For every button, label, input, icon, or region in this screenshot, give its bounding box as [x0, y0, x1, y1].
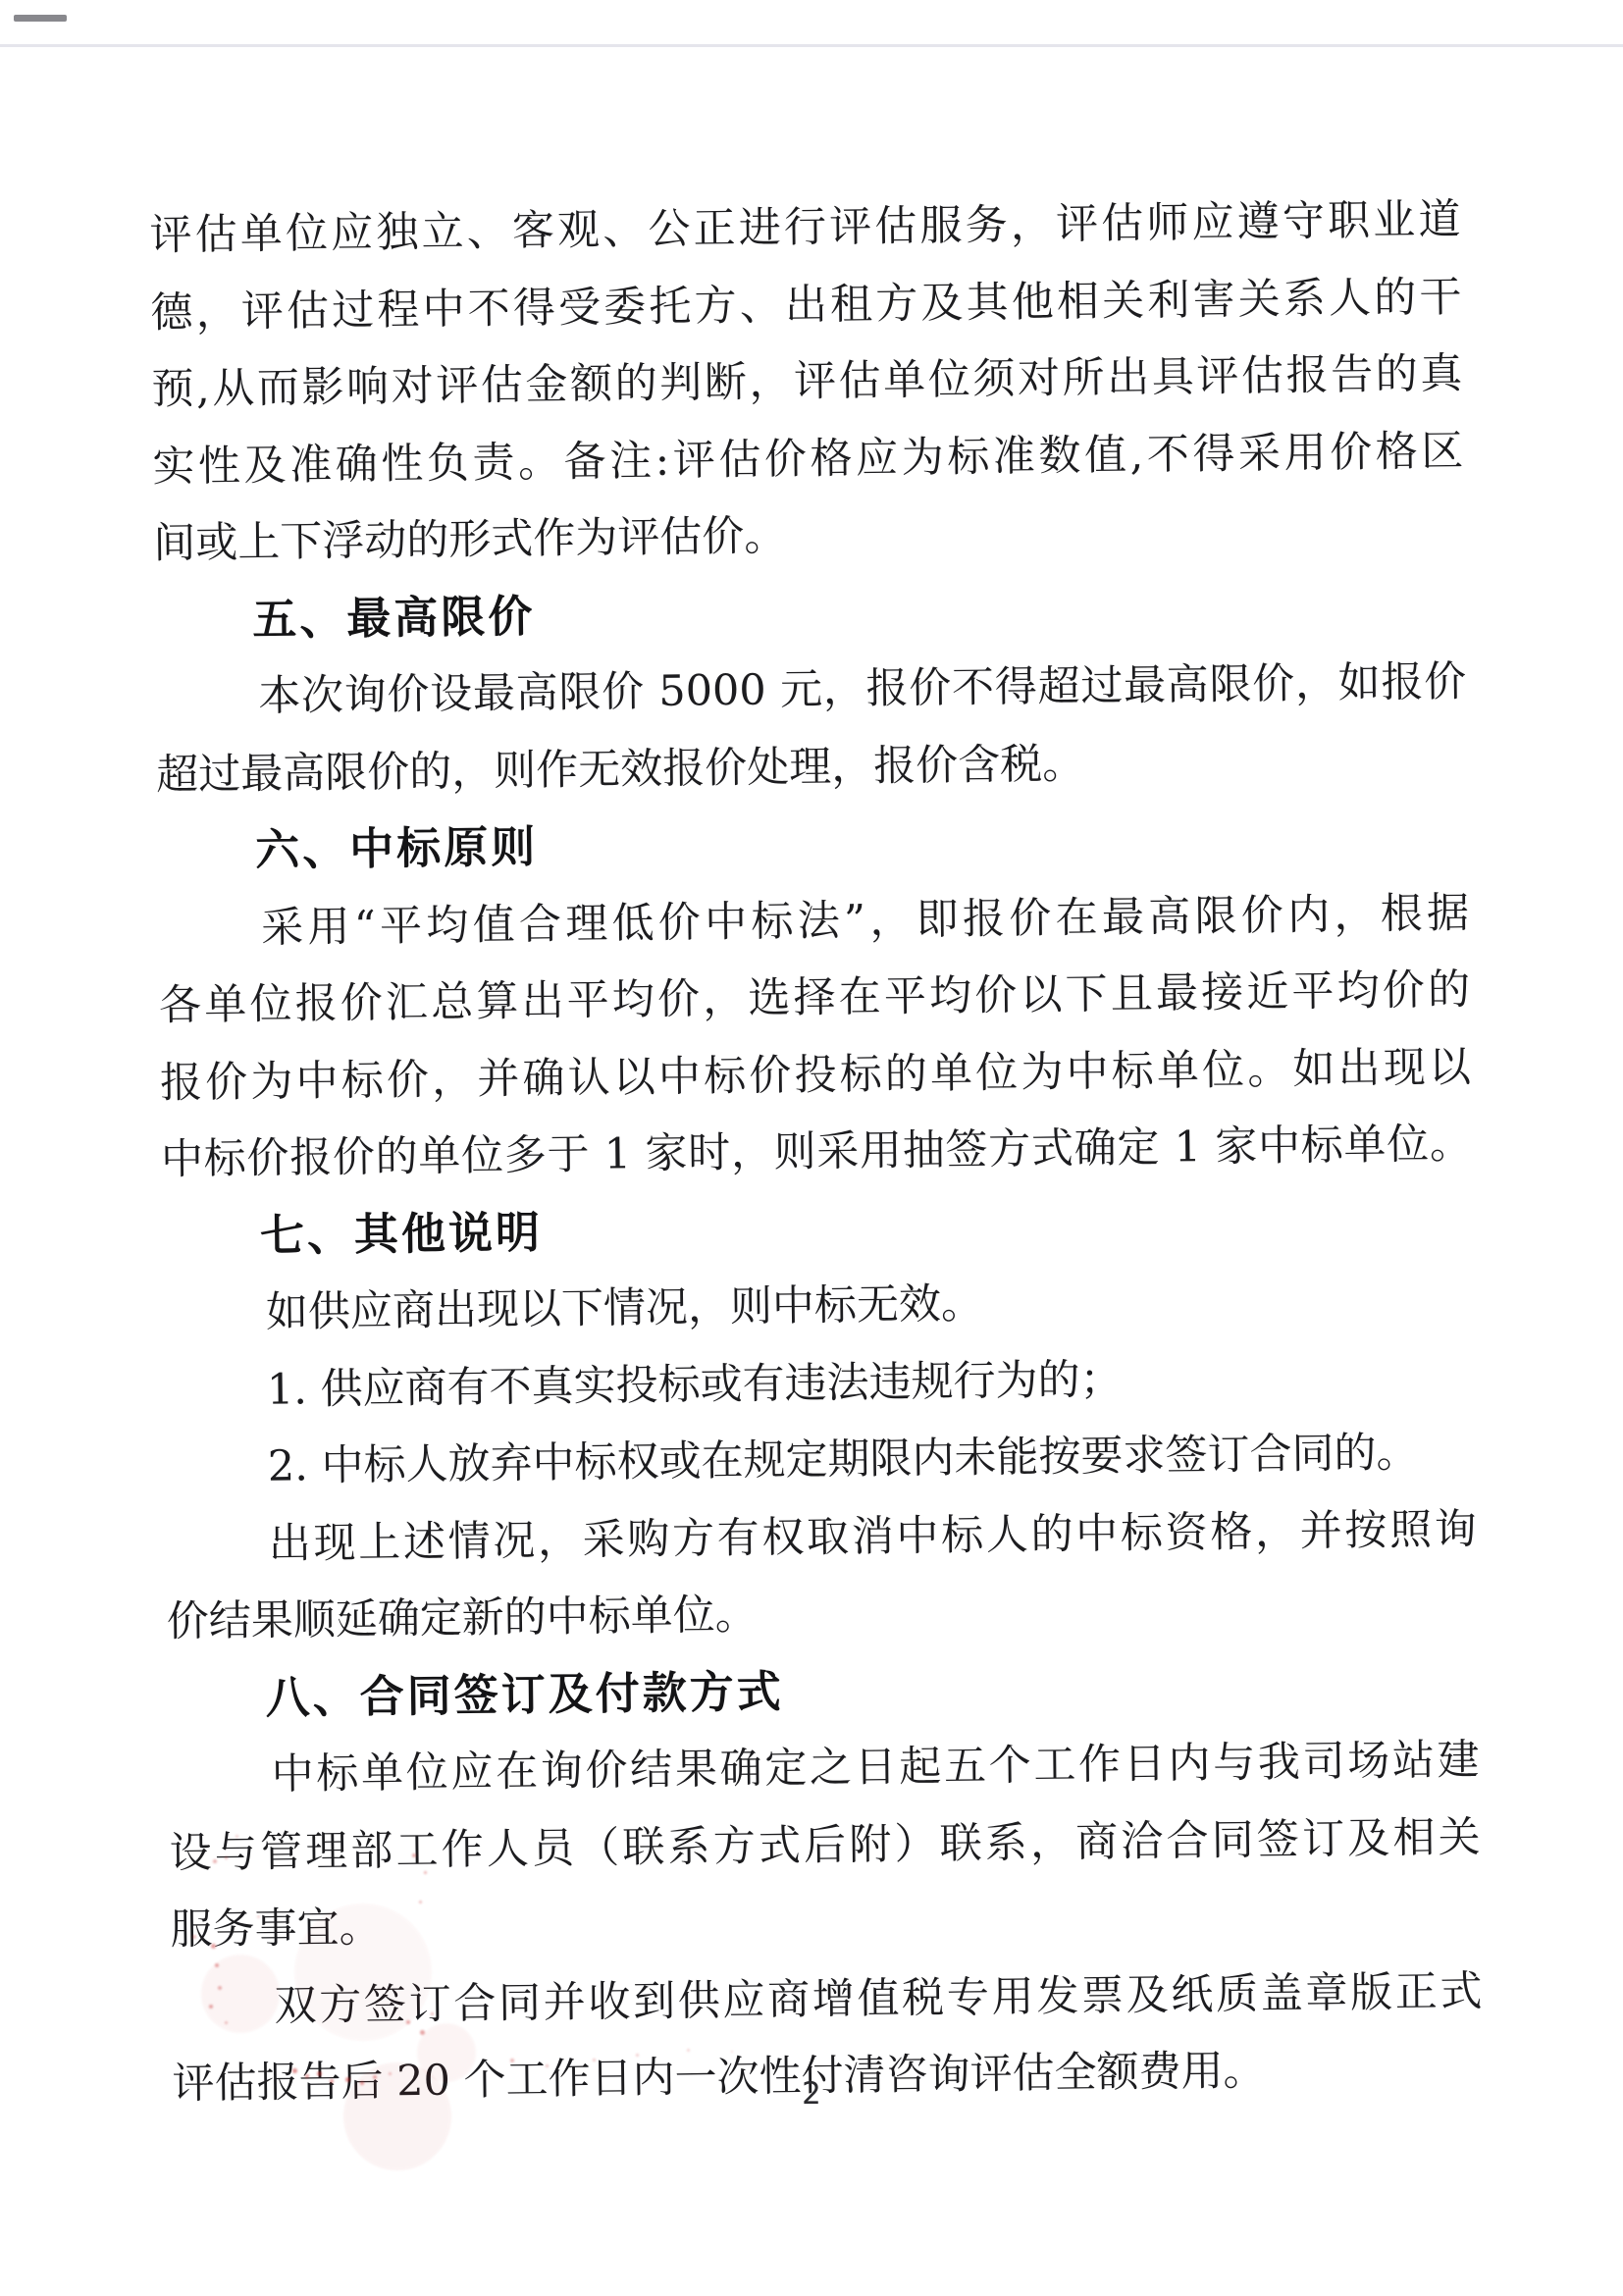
text-line: 实性及准确性负责。备注:评估价格应为标准数值,不得采用价格区 [152, 412, 1464, 505]
page-number: 2 [0, 2076, 1623, 2112]
text-line: 设与管理部工作人员（联系方式后附）联系，商洽合同签订及相关 [169, 1799, 1481, 1892]
text-line: 双方签订合同并收到供应商增值税专用发票及纸质盖章版正式 [171, 1953, 1483, 2046]
text-line: 本次询价设最高限价 5000 元，报价不得超过最高限价，如报价 [155, 644, 1467, 737]
text-line: 出现上述情况，采购方有权取消中标人的中标资格，并按照询 [165, 1490, 1477, 1584]
scan-artifact-dash [14, 15, 67, 22]
document-body: 评估单位应独立、客观、公正进行评估服务，评估师应遵守职业道德，评估过程中不得受委… [149, 182, 1484, 2123]
document-page: 评估单位应独立、客观、公正进行评估服务，评估师应遵守职业道德，评估过程中不得受委… [0, 0, 1623, 2296]
scan-artifact-line [0, 44, 1623, 47]
text-line: 中标价报价的单位多于 1 家时，则采用抽签方式确定 1 家中标单位。 [161, 1106, 1473, 1199]
